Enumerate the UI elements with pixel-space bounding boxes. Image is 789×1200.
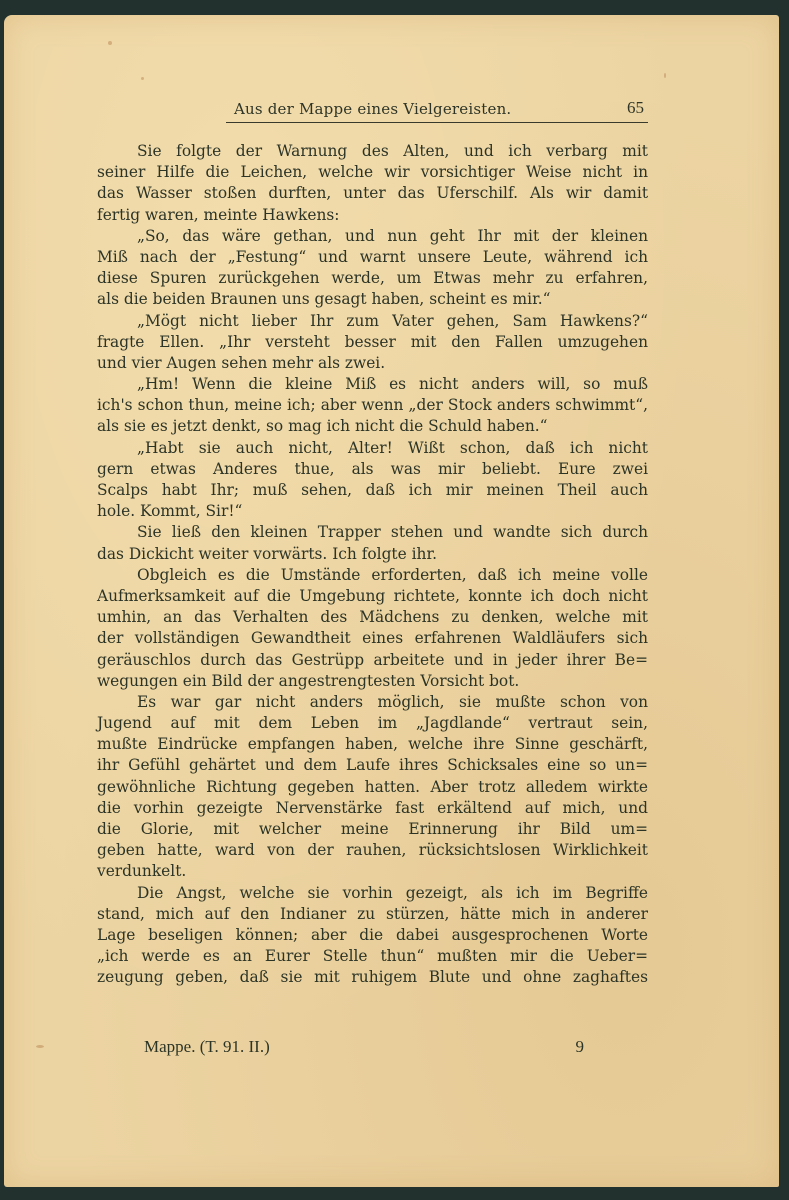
text-line: „Habt sie auch nicht, Alter! Wißt schon,… [97, 438, 648, 459]
body-text: Sie folgte der Warnung des Alten, und ic… [97, 141, 648, 989]
text-line: „So, das wäre gethan, und nun geht Ihr m… [97, 226, 648, 247]
text-line: diese Spuren zurückgehen werde, um Etwas… [97, 268, 648, 289]
text-line: Es war gar nicht anders möglich, sie muß… [97, 692, 648, 713]
text-line: Miß nach der „Festung“ und warnt unsere … [97, 247, 648, 268]
text-line: „Mögt nicht lieber Ihr zum Vater gehen, … [97, 311, 648, 332]
paper-stain [36, 1045, 44, 1048]
text-line: Aufmerksamkeit auf die Umgebung richtete… [97, 586, 648, 607]
printer-signature: Mappe. (T. 91. II.) [144, 1037, 270, 1057]
running-head: Aus der Mappe eines Vielgereisten. 65 [226, 100, 648, 123]
text-line: gewöhnliche Richtung gegeben hatten. Abe… [97, 777, 648, 798]
text-line: hole. Kommt, Sir!“ [97, 501, 648, 522]
text-line: die vorhin gezeigte Nervenstärke fast er… [97, 798, 648, 819]
text-line: Lage beseligen können; aber die dabei au… [97, 925, 648, 946]
text-line: „ich werde es an Eurer Stelle thun“ mußt… [97, 946, 648, 967]
text-line: das Dickicht weiter vorwärts. Ich folgte… [97, 544, 648, 565]
text-line: geräuschlos durch das Gestrüpp arbeitete… [97, 650, 648, 671]
page-footer: Mappe. (T. 91. II.) 9 [144, 1037, 584, 1061]
text-line: Scalps habt Ihr; muß sehen, daß ich mir … [97, 480, 648, 501]
text-line: Obgleich es die Umstände erforderten, da… [97, 565, 648, 586]
text-line: als die beiden Braunen uns gesagt haben,… [97, 289, 648, 310]
text-line: als sie es jetzt denkt, so mag ich nicht… [97, 416, 648, 437]
text-line: gern etwas Anderes thue, als was mir bel… [97, 459, 648, 480]
text-line: verdunkelt. [97, 861, 648, 882]
text-line: „Hm! Wenn die kleine Miß es nicht anders… [97, 374, 648, 395]
text-line: seiner Hilfe die Leichen, welche wir vor… [97, 162, 648, 183]
text-line: ich's schon thun, meine ich; aber wenn „… [97, 395, 648, 416]
text-line: fragte Ellen. „Ihr versteht besser mit d… [97, 332, 648, 353]
text-line: umhin, an das Verhalten des Mädchens zu … [97, 607, 648, 628]
text-line: das Wasser stoßen durften, unter das Ufe… [97, 183, 648, 204]
text-line: stand, mich auf den Indianer zu stürzen,… [97, 904, 648, 925]
text-line: zeugung geben, daß sie mit ruhigem Blute… [97, 967, 648, 988]
text-line: geben hatte, ward von der rauhen, rücksi… [97, 840, 648, 861]
paper-stain [664, 73, 666, 78]
paper-stain [108, 41, 112, 45]
text-line: fertig waren, meinte Hawkens: [97, 205, 648, 226]
page-number: 65 [627, 98, 644, 118]
running-title: Aus der Mappe eines Vielgereisten. [234, 100, 511, 118]
text-line: Die Angst, welche sie vorhin gezeigt, al… [97, 883, 648, 904]
text-line: mußte Eindrücke empfangen haben, welche … [97, 734, 648, 755]
text-line: und vier Augen sehen mehr als zwei. [97, 353, 648, 374]
text-line: der vollständigen Gewandtheit eines erfa… [97, 628, 648, 649]
text-line: Jugend auf mit dem Leben im „Jagdlande“ … [97, 713, 648, 734]
text-line: die Glorie, mit welcher meine Erinnerung… [97, 819, 648, 840]
paper-stain [141, 77, 144, 80]
text-line: ihr Gefühl gehärtet und dem Laufe ihres … [97, 755, 648, 776]
sheet-number: 9 [576, 1037, 585, 1057]
text-line: Sie ließ den kleinen Trapper stehen und … [97, 522, 648, 543]
text-line: wegungen ein Bild der angestrengtesten V… [97, 671, 648, 692]
text-line: Sie folgte der Warnung des Alten, und ic… [97, 141, 648, 162]
